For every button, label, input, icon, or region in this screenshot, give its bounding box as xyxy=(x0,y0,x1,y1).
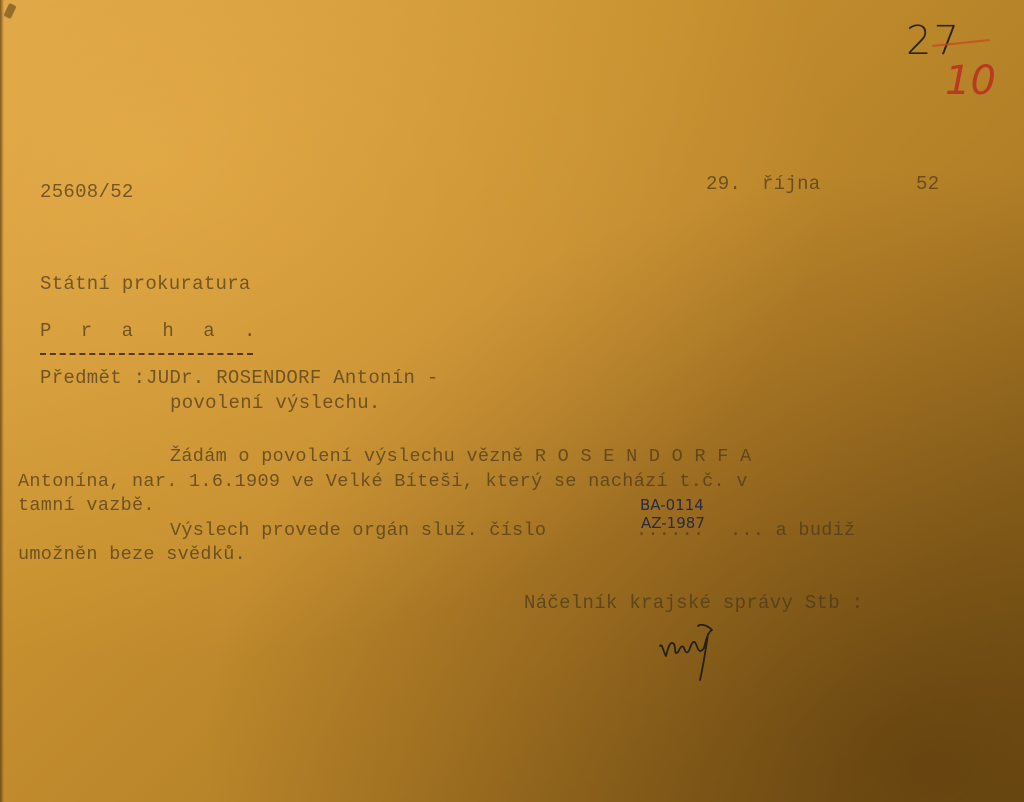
body-para1-line2: Antonína, nar. 1.6.1909 ve Velké Bíteši,… xyxy=(18,470,748,494)
page-number-corrected: 10 xyxy=(945,58,996,104)
recipient-line1: Státní prokuratura xyxy=(40,272,251,296)
signature-title: Náčelník krajské správy Stb : xyxy=(524,591,863,615)
body-para2-line1-dots: ...... xyxy=(636,519,704,543)
recipient-underline xyxy=(40,353,253,355)
paper-edge-shadow xyxy=(0,0,4,802)
date-day: 29. xyxy=(706,172,741,196)
subject-line1: JUDr. ROSENDORF Antonín - xyxy=(146,366,439,390)
body-para2-line2: umožněn beze svědků. xyxy=(18,543,246,567)
body-para1-line1: Žádám o povolení výslechu vězně R O S E … xyxy=(170,445,752,469)
date-year: 52 xyxy=(916,172,939,196)
recipient-line2: P r a h a . xyxy=(40,319,264,343)
body-para2-line1-b: ... a budiž xyxy=(730,519,855,543)
subject-label: Předmět : xyxy=(40,366,145,390)
handwritten-code-1: BA-0114 xyxy=(640,496,704,514)
body-para1-line3: tamní vazbě. xyxy=(18,494,155,518)
subject-line2: povolení výslechu. xyxy=(170,391,381,415)
document-paper xyxy=(0,0,1024,802)
reference-number: 25608/52 xyxy=(40,180,134,204)
date-month: října xyxy=(762,172,821,196)
body-para2-line1-a: Výslech provede orgán služ. číslo xyxy=(170,519,546,543)
handwritten-signature xyxy=(654,618,724,688)
